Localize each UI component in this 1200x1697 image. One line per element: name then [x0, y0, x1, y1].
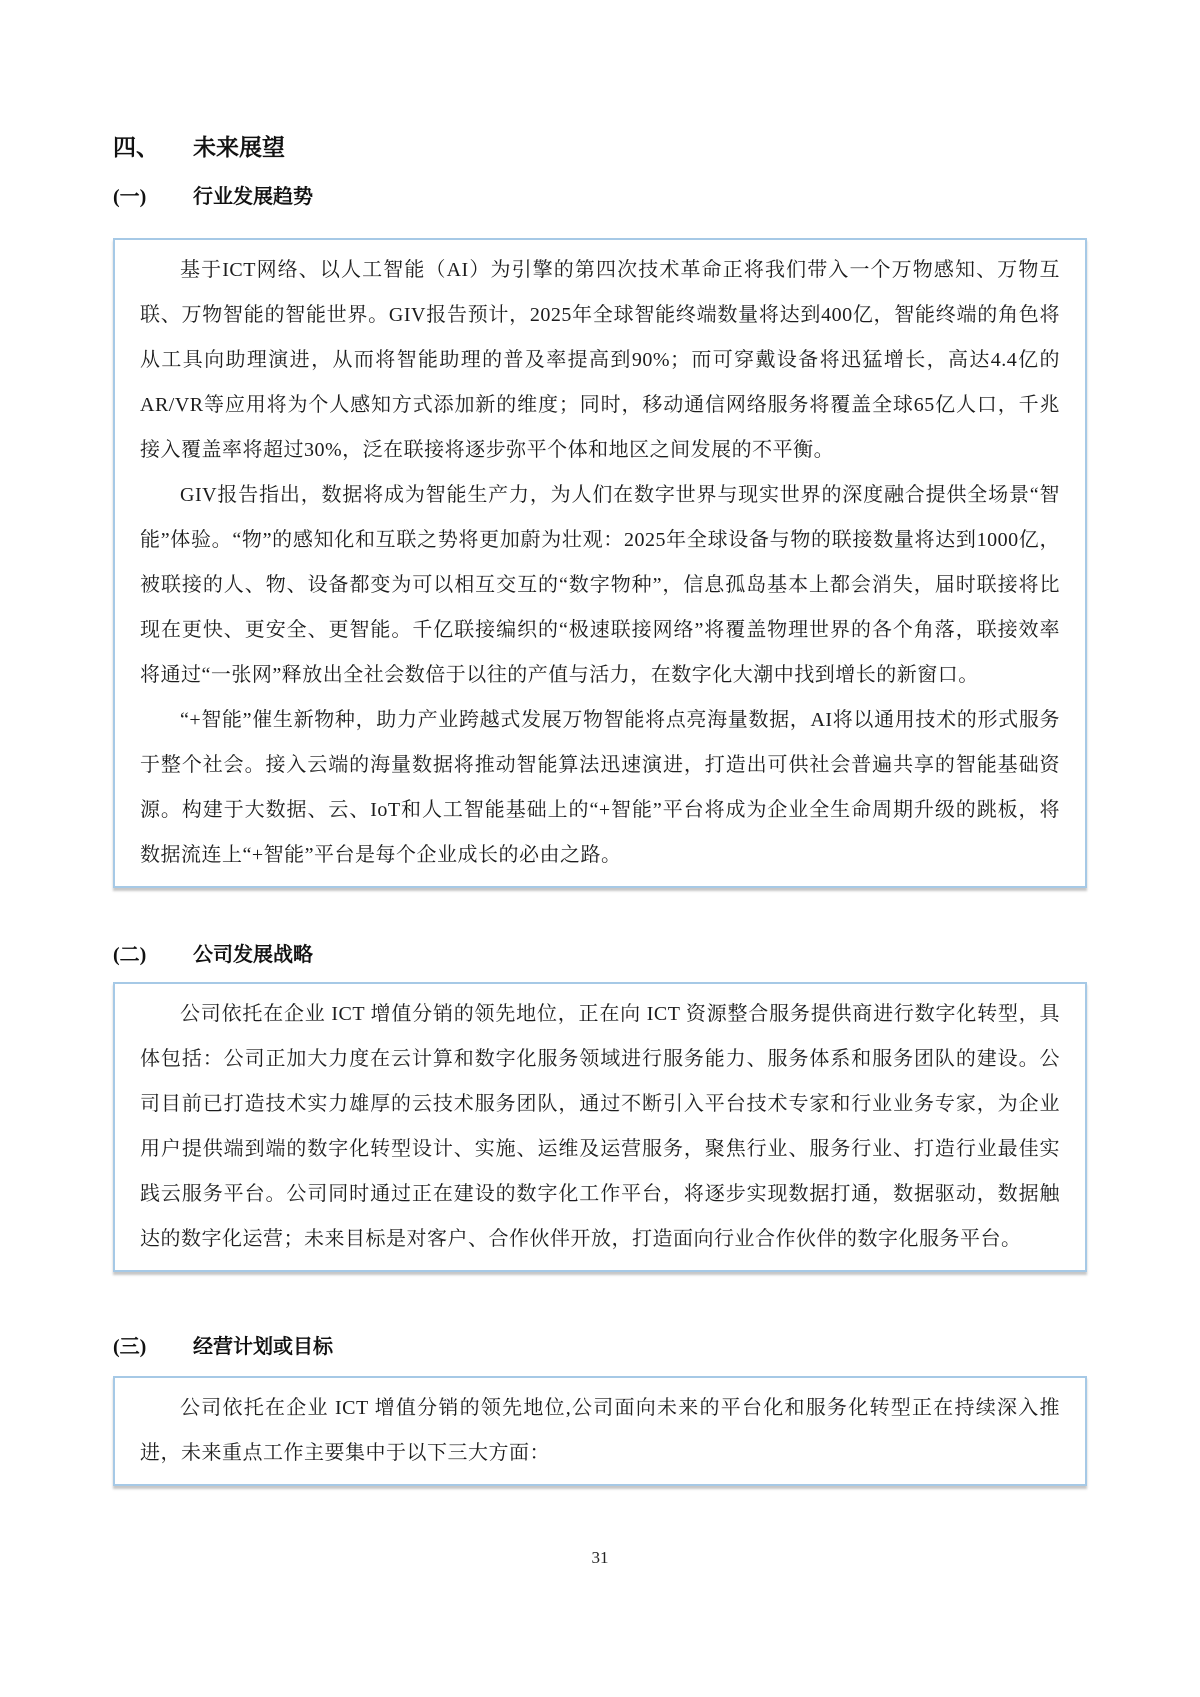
company-strategy-textbox: 公司依托在企业 ICT 增值分销的领先地位，正在向 ICT 资源整合服务提供商进…	[113, 982, 1087, 1272]
section-heading-business-plan: (三) 经营计划或目标	[113, 1334, 1087, 1360]
section-heading-company-strategy: (二) 公司发展战略	[113, 942, 1087, 968]
section-2-title: 公司发展战略	[193, 942, 313, 968]
section-2-number: (二)	[113, 942, 193, 968]
page-number: 31	[0, 1548, 1200, 1568]
document-page-content: 四、 未来展望 (一) 行业发展趋势 基于ICT网络、以人工智能（AI）为引擎的…	[113, 0, 1087, 1486]
section-heading-industry-trends: (一) 行业发展趋势	[113, 184, 1087, 210]
main-heading-number: 四、	[113, 134, 193, 162]
business-plan-textbox: 公司依托在企业 ICT 增值分销的领先地位,公司面向未来的平台化和服务化转型正在…	[113, 1376, 1087, 1486]
body-paragraph: GIV报告指出，数据将成为智能生产力，为人们在数字世界与现实世界的深度融合提供全…	[140, 473, 1060, 698]
body-paragraph: 公司依托在企业 ICT 增值分销的领先地位，正在向 ICT 资源整合服务提供商进…	[140, 992, 1060, 1262]
main-heading: 四、 未来展望	[113, 134, 1087, 162]
section-1-number: (一)	[113, 184, 193, 210]
body-paragraph: “+智能”催生新物种，助力产业跨越式发展万物智能将点亮海量数据，AI将以通用技术…	[140, 698, 1060, 878]
body-paragraph: 基于ICT网络、以人工智能（AI）为引擎的第四次技术革命正将我们带入一个万物感知…	[140, 248, 1060, 473]
industry-trends-textbox: 基于ICT网络、以人工智能（AI）为引擎的第四次技术革命正将我们带入一个万物感知…	[113, 238, 1087, 888]
body-paragraph: 公司依托在企业 ICT 增值分销的领先地位,公司面向未来的平台化和服务化转型正在…	[140, 1386, 1060, 1476]
section-1-title: 行业发展趋势	[193, 184, 313, 210]
section-3-title: 经营计划或目标	[193, 1334, 333, 1360]
section-3-number: (三)	[113, 1334, 193, 1360]
main-heading-title: 未来展望	[193, 134, 285, 162]
